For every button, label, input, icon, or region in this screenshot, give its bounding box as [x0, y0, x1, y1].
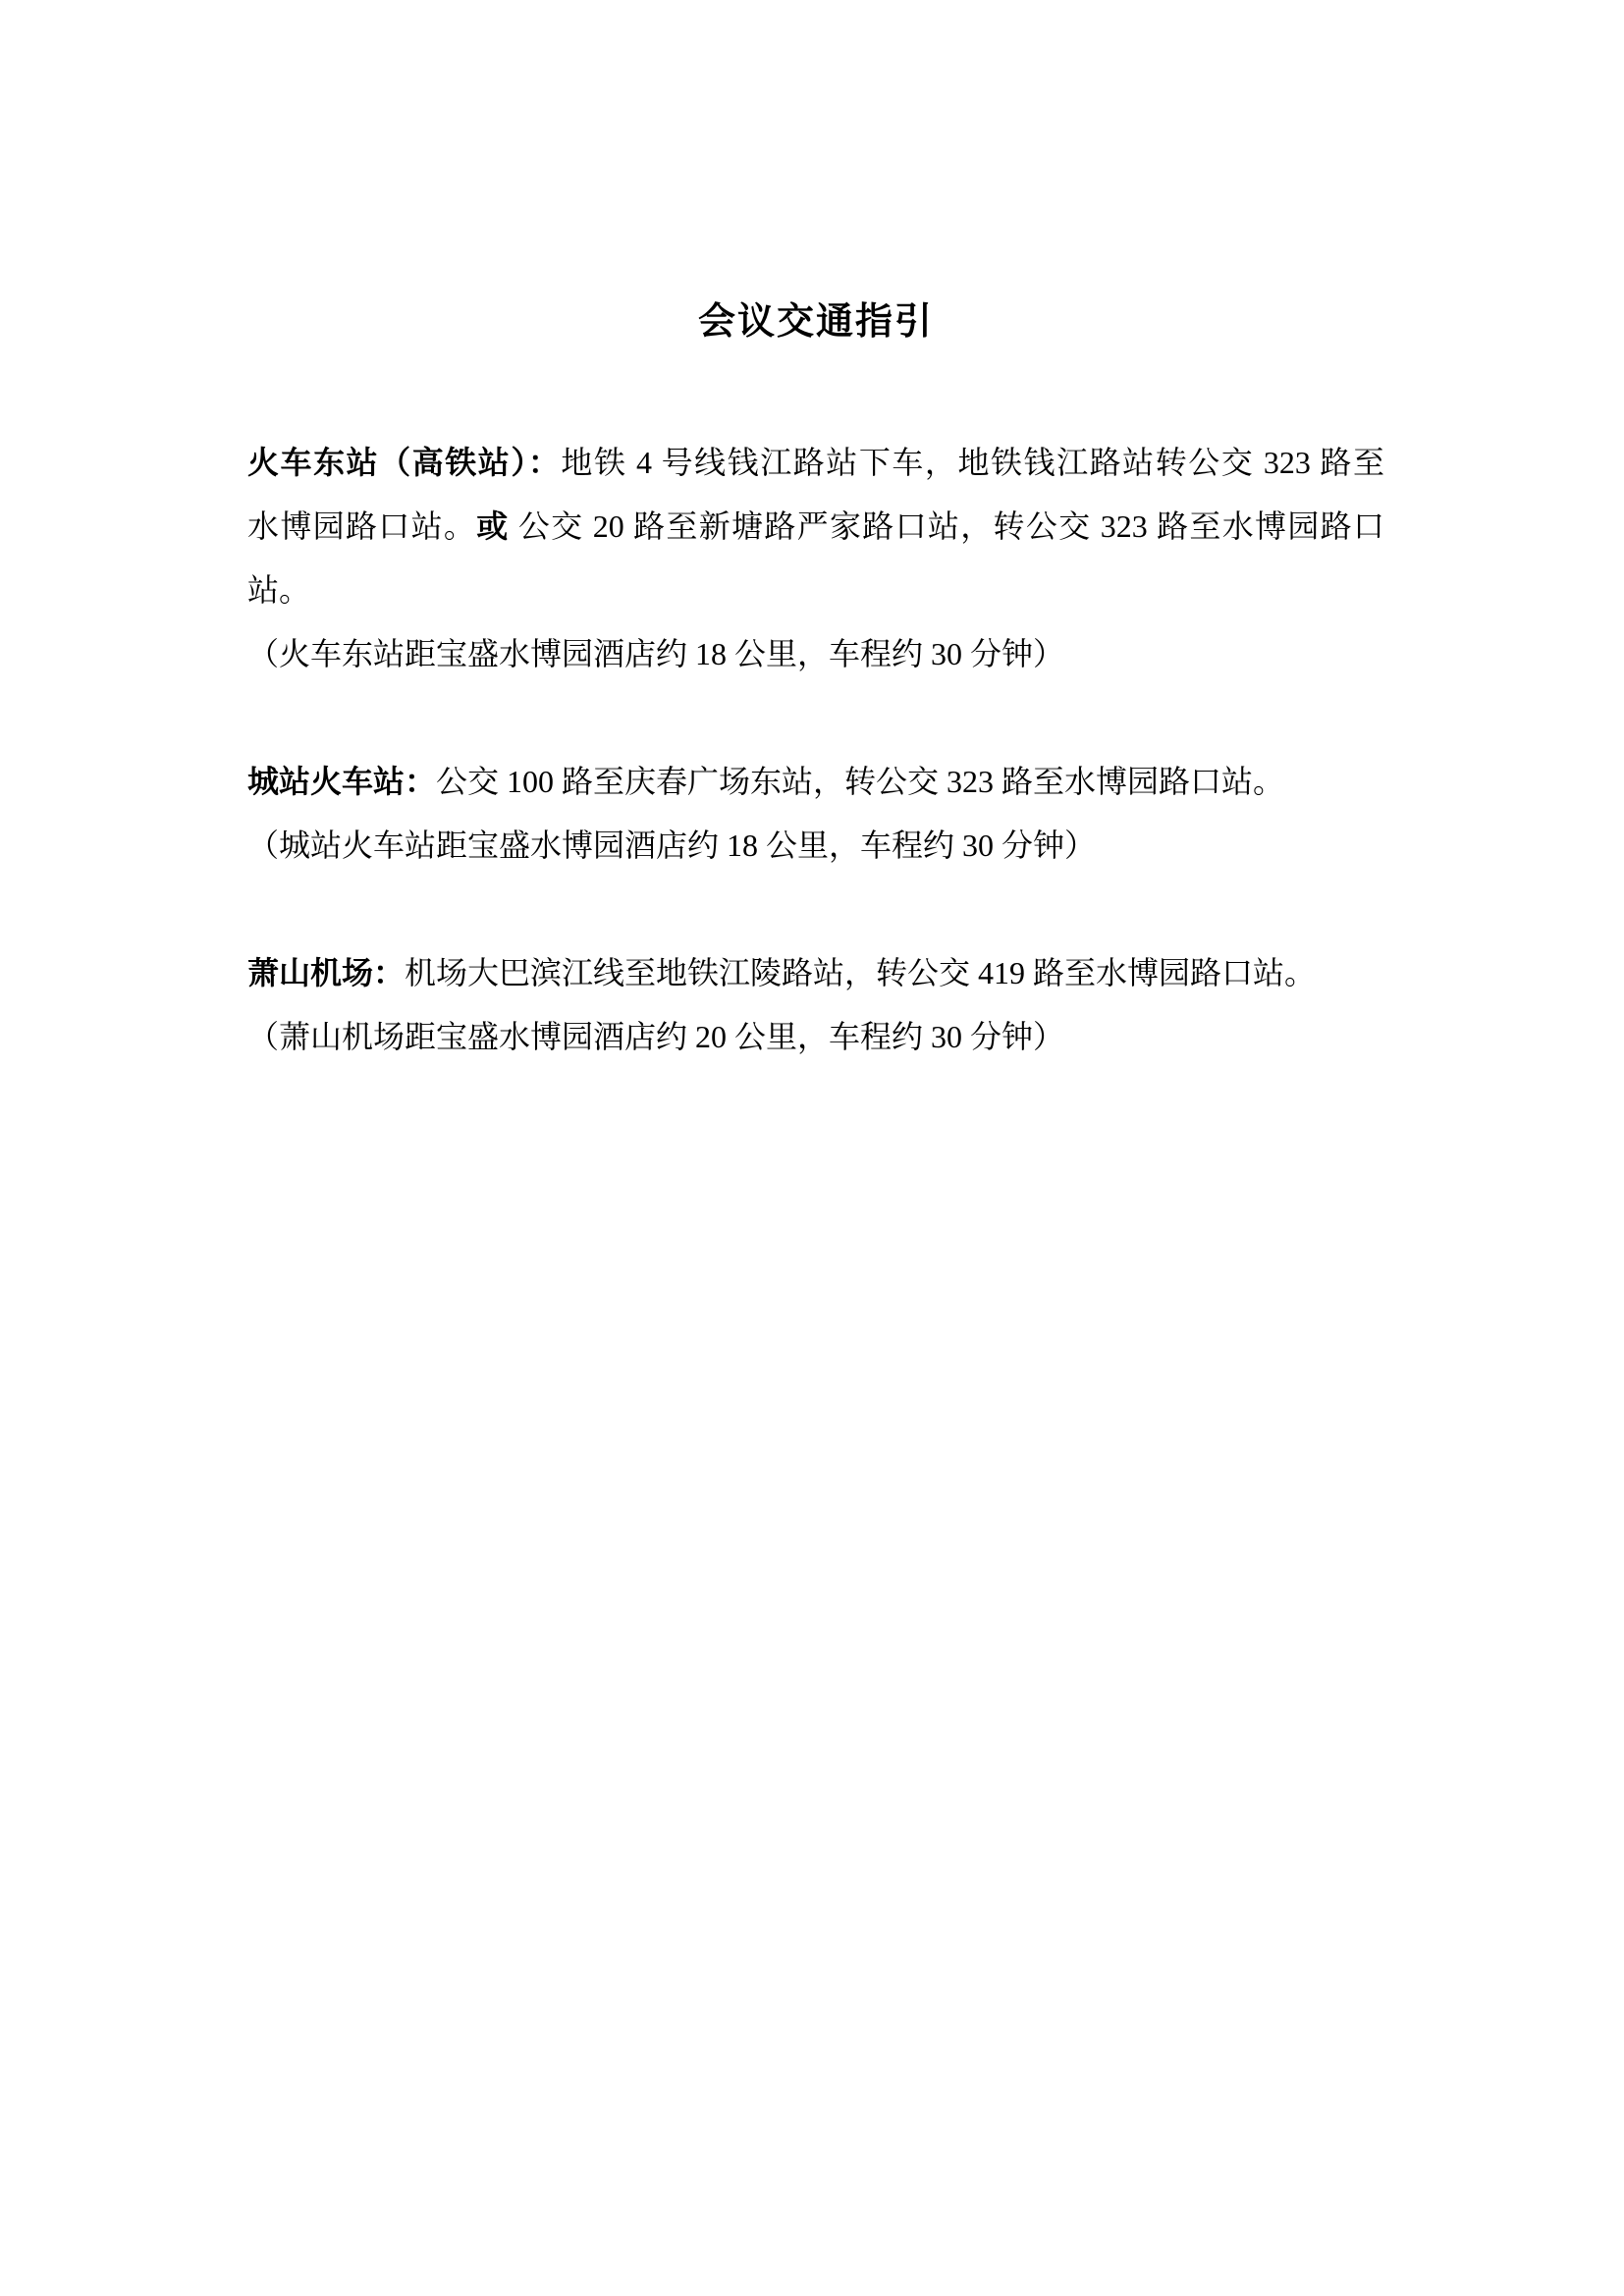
bold-run-airport-label: 萧山机场： — [247, 955, 405, 990]
paragraph-xiaoshan-airport: 萧山机场：机场大巴滨江线至地铁江陵路站，转公交 419 路至水博园路口站。 （萧… — [247, 941, 1384, 1069]
text-run: （萧山机场距宝盛水博园酒店约 20 公里，车程约 30 分钟） — [247, 1019, 1064, 1054]
text-run: 水博园路口站。 — [247, 508, 476, 544]
note-line-airport-distance: （萧山机场距宝盛水博园酒店约 20 公里，车程约 30 分钟） — [247, 1005, 1384, 1069]
paragraph-railway-east-station: 火车东站（高铁站）：地铁 4 号线钱江路站下车，地铁钱江路站转公交 323 路至… — [247, 431, 1384, 686]
paragraph-city-railway-station: 城站火车站：公交 100 路至庆春广场东站，转公交 323 路至水博园路口站。 … — [247, 750, 1384, 878]
text-run: （火车东站距宝盛水博园酒店约 18 公里，车程约 30 分钟） — [247, 636, 1064, 671]
bold-run-or: 或 — [476, 508, 509, 544]
note-line-city-station-distance: （城站火车站距宝盛水博园酒店约 18 公里，车程约 30 分钟） — [247, 814, 1384, 878]
bold-run-city-station-label: 城站火车站： — [247, 764, 436, 799]
text-line: 站。 — [247, 559, 1384, 622]
text-run: （城站火车站距宝盛水博园酒店约 18 公里，车程约 30 分钟） — [247, 828, 1096, 863]
document-page: 会议交通指引 火车东站（高铁站）：地铁 4 号线钱江路站下车，地铁钱江路站转公交… — [0, 0, 1624, 2296]
text-line: 萧山机场：机场大巴滨江线至地铁江陵路站，转公交 419 路至水博园路口站。 — [247, 941, 1384, 1005]
text-line: 水博园路口站。或 公交 20 路至新塘路严家路口站，转公交 323 路至水博园路… — [247, 495, 1384, 559]
text-line: 火车东站（高铁站）：地铁 4 号线钱江路站下车，地铁钱江路站转公交 323 路至 — [247, 431, 1384, 495]
note-line-east-station-distance: （火车东站距宝盛水博园酒店约 18 公里，车程约 30 分钟） — [247, 622, 1384, 686]
doc-body: 火车东站（高铁站）：地铁 4 号线钱江路站下车，地铁钱江路站转公交 323 路至… — [247, 431, 1384, 1069]
bold-run-east-station-label: 火车东站（高铁站）： — [247, 445, 561, 480]
text-run: 公交 20 路至新塘路严家路口站，转公交 323 路至水博园路口 — [510, 508, 1384, 544]
text-run: 站。 — [247, 572, 310, 608]
doc-title: 会议交通指引 — [247, 0, 1384, 354]
text-run: 机场大巴滨江线至地铁江陵路站，转公交 419 路至水博园路口站。 — [405, 955, 1316, 990]
text-run: 地铁 4 号线钱江路站下车，地铁钱江路站转公交 323 路至 — [561, 445, 1384, 480]
text-run: 公交 100 路至庆春广场东站，转公交 323 路至水博园路口站。 — [436, 764, 1284, 799]
text-line: 城站火车站：公交 100 路至庆春广场东站，转公交 323 路至水博园路口站。 — [247, 750, 1384, 814]
